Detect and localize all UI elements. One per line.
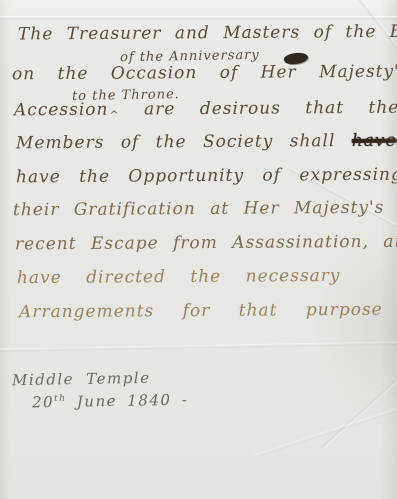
diagonal-crease (253, 405, 397, 457)
wrinkle-shading (300, 230, 397, 450)
signoff-date: 20th June 1840 - (32, 388, 189, 412)
diagonal-crease (325, 0, 397, 107)
date-ordinal-suffix: th (54, 394, 67, 404)
letter-line-9: Arrangements for that purpose (19, 299, 383, 324)
letter-line-3: Accession^ are desirous that the (14, 97, 397, 128)
letter-line-7: recent Escape from Assassination, and (15, 231, 397, 256)
date-day: 20 (32, 393, 54, 411)
letter-page: The Treasurer and Masters of the Bench o… (0, 0, 397, 499)
letter-line-4: Members of the Society shall have (16, 130, 397, 155)
letter-line-8: have directed the necessary (17, 265, 341, 289)
struck-out-word: have (352, 131, 397, 151)
fold-crease-top (0, 16, 397, 20)
letter-line-5: have the Opportunity of expressing (16, 164, 397, 189)
letter-line-6: their Gratification at Her Majesty's (13, 197, 385, 222)
line-4-start: Members of the Society shall (16, 131, 336, 153)
letter-line-2: on the Occasion of Her Majesty's (12, 61, 397, 86)
letter-line-1: The Treasurer and Masters of the Bench (18, 20, 397, 45)
word-accession: Accession (14, 100, 109, 121)
fold-crease-middle (0, 342, 397, 353)
date-rest: June 1840 - (77, 391, 189, 411)
signoff-place: Middle Temple (12, 369, 151, 389)
diagonal-crease (321, 334, 397, 450)
line-3-rest: are desirous that the (144, 98, 397, 120)
insertion-caret: ^ (109, 109, 118, 122)
